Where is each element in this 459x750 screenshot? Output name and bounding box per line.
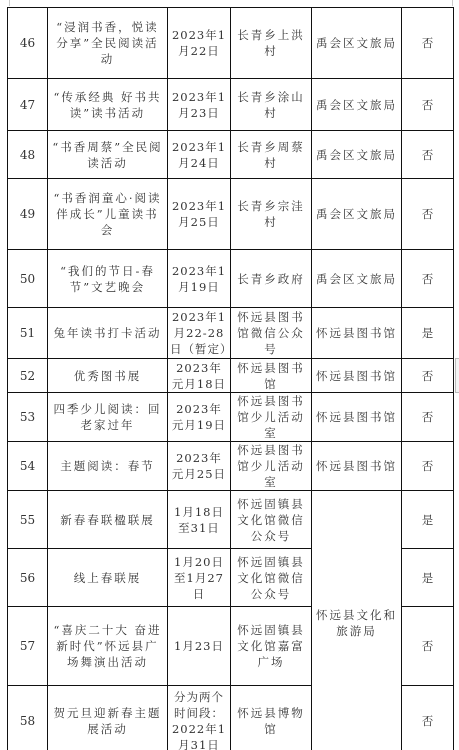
row-number: 53 — [8, 393, 48, 442]
organizer: 怀远县图书馆 — [312, 393, 402, 442]
row-number: 46 — [8, 8, 48, 79]
table-row: 48 “书香周蔡”全民阅读活动 2023年1月24日 长青乡周蔡村 禹会区文旅局… — [8, 131, 454, 179]
activities-table: 46 “浸润书香，悦读分享”全民阅读活动 2023年1月22日 长青乡上洪村 禹… — [7, 7, 454, 750]
activity-place: 怀远县图书馆 — [231, 359, 312, 393]
table-row: 55 新春春联楹联展 1月18日至31日 怀远固镇县文化馆微信公众号 怀远县文化… — [8, 491, 454, 549]
online-flag: 否 — [402, 179, 454, 250]
row-number: 58 — [8, 686, 48, 750]
activity-name: “我们的节日-春节”文艺晚会 — [48, 250, 168, 308]
online-flag: 否 — [402, 8, 454, 79]
row-number: 52 — [8, 359, 48, 393]
activity-date: 2023年1月23日 — [168, 79, 231, 131]
activity-date: 1月23日 — [168, 607, 231, 686]
activity-place: 长青乡上洪村 — [231, 8, 312, 79]
table-row: 50 “我们的节日-春节”文艺晚会 2023年1月19日 长青乡政府 禹会区文旅… — [8, 250, 454, 308]
activity-name: “传承经典 好书共读”读书活动 — [48, 79, 168, 131]
organizer: 禹会区文旅局 — [312, 179, 402, 250]
organizer: 怀远县图书馆 — [312, 359, 402, 393]
activity-name: “书香周蔡”全民阅读活动 — [48, 131, 168, 179]
activity-date: 2023年1月25日 — [168, 179, 231, 250]
activity-name: 优秀图书展 — [48, 359, 168, 393]
activity-place: 长青乡宗洼村 — [231, 179, 312, 250]
activity-date: 2023年元月18日 — [168, 359, 231, 393]
activity-place: 长青乡政府 — [231, 250, 312, 308]
row-number: 54 — [8, 442, 48, 491]
organizer: 禹会区文旅局 — [312, 8, 402, 79]
organizer: 怀远县图书馆 — [312, 308, 402, 359]
activity-place: 怀远县博物馆 — [231, 686, 312, 750]
scroll-side-tab[interactable] — [455, 358, 459, 393]
activity-date: 2023年1月19日 — [168, 250, 231, 308]
activity-date: 2023年1月22日 — [168, 8, 231, 79]
online-flag: 否 — [402, 131, 454, 179]
table-row: 46 “浸润书香，悦读分享”全民阅读活动 2023年1月22日 长青乡上洪村 禹… — [8, 8, 454, 79]
online-flag: 否 — [402, 79, 454, 131]
activity-name: 线上春联展 — [48, 549, 168, 607]
activity-name: “浸润书香，悦读分享”全民阅读活动 — [48, 8, 168, 79]
online-flag: 是 — [402, 308, 454, 359]
activity-name: “书香润童心·阅读伴成长”儿童读书会 — [48, 179, 168, 250]
activity-place: 长青乡涂山村 — [231, 79, 312, 131]
activity-name: 新春春联楹联展 — [48, 491, 168, 549]
row-number: 56 — [8, 549, 48, 607]
activity-name: 兔年读书打卡活动 — [48, 308, 168, 359]
online-flag: 否 — [402, 359, 454, 393]
activity-place: 怀远县图书馆少儿活动室 — [231, 393, 312, 442]
activity-place: 怀远固镇县文化馆微信公众号 — [231, 491, 312, 549]
organizer: 禹会区文旅局 — [312, 131, 402, 179]
online-flag: 否 — [402, 393, 454, 442]
online-flag: 否 — [402, 686, 454, 750]
activity-place: 怀远固镇县文化馆微信公众号 — [231, 549, 312, 607]
page-edge-marker — [452, 0, 453, 6]
row-number: 55 — [8, 491, 48, 549]
activity-place: 长青乡周蔡村 — [231, 131, 312, 179]
row-number: 48 — [8, 131, 48, 179]
page-edge-marker — [9, 0, 10, 6]
organizer: 怀远县图书馆 — [312, 442, 402, 491]
activity-date: 1月20日至1月27日 — [168, 549, 231, 607]
row-number: 47 — [8, 79, 48, 131]
online-flag: 是 — [402, 491, 454, 549]
activity-date: 2023年元月25日 — [168, 442, 231, 491]
organizer: 禹会区文旅局 — [312, 79, 402, 131]
activity-name: “喜庆二十大 奋进新时代”怀远县广场舞演出活动 — [48, 607, 168, 686]
activity-date: 分为两个时间段：2022年1月31日 — [168, 686, 231, 750]
activity-date: 2023年元月19日 — [168, 393, 231, 442]
table-row: 53 四季少儿阅读：回老家过年 2023年元月19日 怀远县图书馆少儿活动室 怀… — [8, 393, 454, 442]
online-flag: 否 — [402, 607, 454, 686]
organizer-merged: 怀远县文化和旅游局 — [312, 491, 402, 750]
activity-name: 主题阅读：春节 — [48, 442, 168, 491]
table-row: 52 优秀图书展 2023年元月18日 怀远县图书馆 怀远县图书馆 否 — [8, 359, 454, 393]
online-flag: 否 — [402, 442, 454, 491]
row-number: 51 — [8, 308, 48, 359]
activity-date: 2023年1月24日 — [168, 131, 231, 179]
online-flag: 否 — [402, 250, 454, 308]
table-row: 51 兔年读书打卡活动 2023年1月22-28日（暂定） 怀远县图书馆微信公众… — [8, 308, 454, 359]
table-row: 47 “传承经典 好书共读”读书活动 2023年1月23日 长青乡涂山村 禹会区… — [8, 79, 454, 131]
activity-place: 怀远固镇县文化馆嘉富广场 — [231, 607, 312, 686]
activity-name: 贺元旦迎新春主题展活动 — [48, 686, 168, 750]
organizer: 禹会区文旅局 — [312, 250, 402, 308]
table-row: 54 主题阅读：春节 2023年元月25日 怀远县图书馆少儿活动室 怀远县图书馆… — [8, 442, 454, 491]
activity-place: 怀远县图书馆少儿活动室 — [231, 442, 312, 491]
table-row: 49 “书香润童心·阅读伴成长”儿童读书会 2023年1月25日 长青乡宗洼村 … — [8, 179, 454, 250]
activity-date: 2023年1月22-28日（暂定） — [168, 308, 231, 359]
row-number: 50 — [8, 250, 48, 308]
row-number: 49 — [8, 179, 48, 250]
row-number: 57 — [8, 607, 48, 686]
activity-place: 怀远县图书馆微信公众号 — [231, 308, 312, 359]
online-flag: 是 — [402, 549, 454, 607]
activity-date: 1月18日至31日 — [168, 491, 231, 549]
activity-name: 四季少儿阅读：回老家过年 — [48, 393, 168, 442]
